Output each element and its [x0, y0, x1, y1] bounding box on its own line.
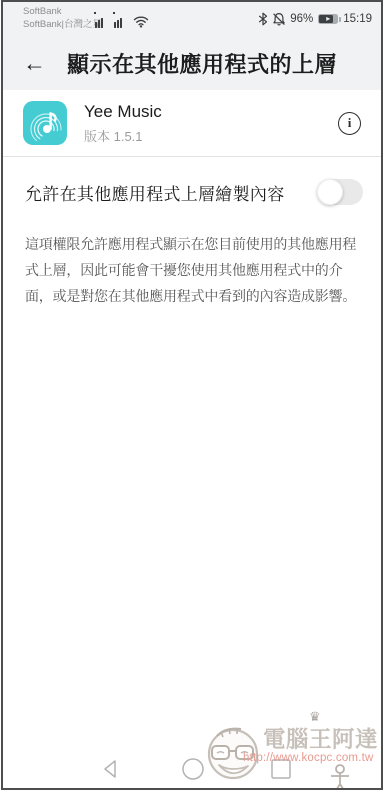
nav-home-button[interactable]	[181, 757, 205, 781]
permission-toggle-switch[interactable]	[317, 179, 363, 205]
permission-toggle-label: 允許在其他應用程式上層繪製內容	[25, 180, 317, 205]
permission-description: 這項權限允許應用程式顯示在您目前使用的其他應用程式上層，因此可能會干擾您使用其他…	[25, 231, 366, 309]
status-bar: SoftBank SoftBank|台灣之星 96%	[3, 2, 381, 36]
app-icon	[23, 101, 67, 145]
phone-screen: SoftBank SoftBank|台灣之星 96%	[1, 0, 383, 790]
status-bar-right: 96% ▸ 15:19	[258, 2, 372, 36]
app-info-row: Yee Music 版本 1.5.1 i	[3, 90, 381, 156]
app-name-label: Yee Music	[84, 102, 162, 122]
page-title: 顯示在其他應用程式的上層	[67, 48, 337, 79]
back-arrow-icon[interactable]: ←	[23, 52, 67, 75]
battery-icon: ▸	[318, 14, 338, 24]
carrier-labels: SoftBank SoftBank|台灣之星	[23, 5, 102, 31]
battery-percent-label: 96%	[290, 13, 313, 25]
crown-icon: ♛	[309, 709, 321, 725]
notifications-off-icon	[272, 12, 286, 26]
permission-toggle-row[interactable]: 允許在其他應用程式上層繪製內容	[3, 157, 381, 225]
nav-back-button[interactable]	[99, 757, 123, 781]
carrier-line1: SoftBank	[23, 5, 102, 18]
info-icon[interactable]: i	[338, 112, 361, 135]
clock-label: 15:19	[343, 13, 372, 25]
charging-bolt-icon: ▸	[326, 15, 330, 23]
bluetooth-icon	[258, 12, 268, 26]
signal-strength-sim1-icon	[95, 14, 106, 28]
signal-icons	[95, 14, 149, 28]
app-version-label: 版本 1.5.1	[84, 126, 162, 145]
app-bar: ← 顯示在其他應用程式的上層	[3, 36, 381, 90]
wifi-icon	[133, 15, 149, 28]
navigation-bar	[3, 750, 381, 788]
carrier-line2: SoftBank|台灣之星	[23, 18, 102, 31]
nav-recents-button[interactable]	[269, 757, 293, 781]
app-meta: Yee Music 版本 1.5.1	[84, 102, 162, 145]
toggle-thumb	[317, 179, 343, 205]
signal-strength-sim2-icon	[114, 14, 125, 28]
